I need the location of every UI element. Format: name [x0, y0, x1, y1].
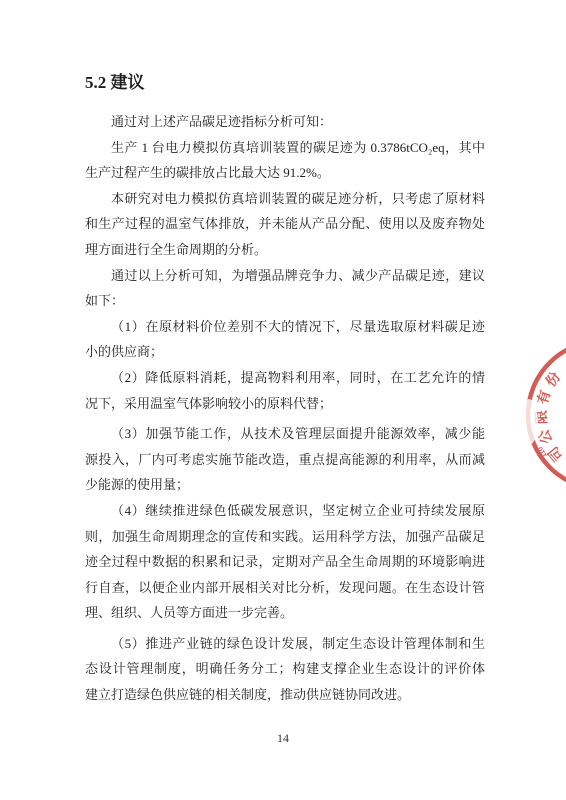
- text-line: （2）降低原料消耗，提高物料利用率，同时，在工艺允许的情: [85, 365, 485, 391]
- paragraph: （4）继续推进绿色低碳发展意识，坚定树立企业可持续发展原则，加强生命周期理念的宣…: [85, 498, 485, 626]
- text-line: （1）在原材料价位差别不大的情况下，尽量选取原材料碳足迹: [85, 314, 485, 340]
- paragraph: 生产 1 台电力模拟仿真培训装置的碳足迹为 0.3786tCO₂eq，其中生产过…: [85, 135, 485, 186]
- text-line: 理、组织、人员等方面进一步完善。: [85, 600, 485, 626]
- text-line: 通过对上述产品碳足迹指标分析可知：: [85, 109, 485, 135]
- document-page: 5.2 建议 通过对上述产品碳足迹指标分析可知：生产 1 台电力模拟仿真培训装置…: [0, 0, 566, 800]
- seal-char: 司: [545, 443, 566, 465]
- text-line: 本研究对电力模拟仿真培训装置的碳足迹分析，只考虑了原材料: [85, 186, 485, 212]
- paragraph: （1）在原材料价位差别不大的情况下，尽量选取原材料碳足迹小的供应商；: [85, 314, 485, 365]
- paragraph: （3）加强节能工作，从技术及管理层面提升能源效率，减少能源投入，厂内可考虑实施节…: [85, 421, 485, 498]
- seal-char: 有: [534, 388, 554, 406]
- seal-char: 公: [536, 426, 556, 446]
- text-line: 生产 1 台电力模拟仿真培训装置的碳足迹为 0.3786tCO₂eq，其中: [85, 135, 485, 161]
- text-line: 建立打造绿色供应链的相关制度，推动供应链协同改进。: [85, 682, 485, 708]
- seal-char: 份: [542, 369, 564, 390]
- seal-fade-overlay: [520, 399, 538, 445]
- text-line: （5）推进产业链的绿色设计发展，制定生态设计管理体制和生: [85, 631, 485, 657]
- text-line: （3）加强节能工作，从技术及管理层面提升能源效率，减少能: [85, 421, 485, 447]
- text-line: 理方面进行全生命周期的分析。: [85, 237, 485, 263]
- text-line: 如下：: [85, 288, 485, 314]
- text-line: 况下，采用温室气体影响较小的原料代替；: [85, 391, 485, 417]
- page-content: 5.2 建议 通过对上述产品碳足迹指标分析可知：生产 1 台电力模拟仿真培训装置…: [85, 72, 485, 708]
- text-line: 生产过程产生的碳排放占比最大达 91.2%。: [85, 160, 485, 186]
- text-line: 则，加强生命周期理念的宣传和实践。运用科学方法，加强产品碳足: [85, 524, 485, 550]
- paragraph: 通过以上分析可知，为增强品牌竞争力、减少产品碳足迹，建议如下：: [85, 263, 485, 314]
- text-line: 行自查，以便企业内部开展相关对比分析，发现问题。在生态设计管: [85, 575, 485, 601]
- text-line: 源投入，厂内可考虑实施节能改造，重点提高能源的利用率，从而减: [85, 447, 485, 473]
- text-line: 态设计管理制度，明确任务分工；构建支撑企业生态设计的评价体系；: [85, 656, 485, 682]
- text-line: 迹全过程中数据的积累和记录，定期对产品全生命周期的环境影响进: [85, 549, 485, 575]
- text-line: 少能源的使用量；: [85, 472, 485, 498]
- paragraph: 通过对上述产品碳足迹指标分析可知：: [85, 109, 485, 135]
- text-line: （4）继续推进绿色低碳发展意识，坚定树立企业可持续发展原: [85, 498, 485, 524]
- paragraph: 本研究对电力模拟仿真培训装置的碳足迹分析，只考虑了原材料和生产过程的温室气体排放…: [85, 186, 485, 263]
- seal-serial-number: 110: [537, 445, 549, 458]
- text-line: 通过以上分析可知，为增强品牌竞争力、减少产品碳足迹，建议: [85, 263, 485, 289]
- section-heading: 5.2 建议: [85, 72, 485, 94]
- text-line: 小的供应商；: [85, 339, 485, 365]
- paragraph: （2）降低原料消耗，提高物料利用率，同时，在工艺允许的情况下，采用温室气体影响较…: [85, 365, 485, 416]
- page-number: 14: [0, 731, 566, 746]
- paragraph: （5）推进产业链的绿色设计发展，制定生态设计管理体制和生态设计管理制度，明确任务…: [85, 631, 485, 708]
- document-body: 通过对上述产品碳足迹指标分析可知：生产 1 台电力模拟仿真培训装置的碳足迹为 0…: [85, 109, 485, 708]
- text-line: 和生产过程的温室气体排放，并未能从产品分配、使用以及废弃物处: [85, 211, 485, 237]
